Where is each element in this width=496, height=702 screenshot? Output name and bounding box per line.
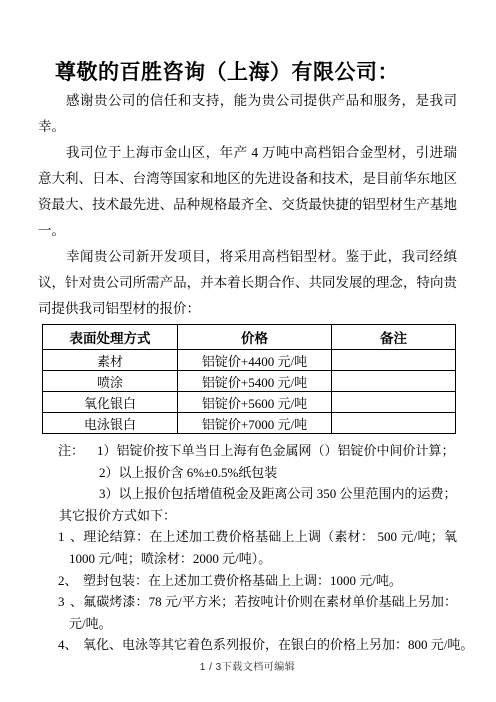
paragraph-line: 幸闻贵公司新开发项目，将采用高档铝型材。鉴于此，我司经缜密商 xyxy=(38,244,457,270)
paragraph-line: 议，针对贵公司所需产品，并本着长期合作、共同发展的理念，特向贵公 xyxy=(38,270,457,296)
cell-note xyxy=(332,371,456,392)
paragraph-line: 感谢贵公司的信任和支持，能为贵公司提供产品和服务，是我司的荣 xyxy=(38,88,457,114)
page-title: 尊敬的百胜咨询（上海）有限公司： xyxy=(55,58,457,88)
notes-section: 注：1）铝锭价按下单当日上海有色金属网（）铝锭价中间价计算； 2）以上报价含 6… xyxy=(38,440,457,656)
table-row: 素材 铝锭价+4400 元/吨 xyxy=(43,350,456,371)
list-text: 理论结算：在上述加工费价格基础上上调（素材： 500 元/吨；氧化材： xyxy=(58,529,457,548)
list-item-line: 4、氧化、电泳等其它着色系列报价，在银白的价格上另加：800 元/吨。 xyxy=(38,634,457,656)
column-header-method: 表面处理方式 xyxy=(43,325,178,350)
column-header-note: 备注 xyxy=(332,325,456,350)
cell-method: 素材 xyxy=(43,350,178,371)
cell-method: 氧化银白 xyxy=(43,392,178,413)
paragraph-line: 幸。 xyxy=(38,114,457,140)
column-header-price: 价格 xyxy=(177,325,331,350)
table-row: 电泳银白 铝锭价+7000 元/吨 xyxy=(43,413,456,434)
cell-price: 铝锭价+4400 元/吨 xyxy=(177,350,331,371)
paragraph-line: 一。 xyxy=(38,218,457,244)
note-line: 注：1）铝锭价按下单当日上海有色金属网（）铝锭价中间价计算； xyxy=(38,440,457,462)
cell-note xyxy=(332,350,456,371)
list-item-line: 3、氟碳烤漆：78 元/平方米；若按吨计价则在素材单价基础上另加：9500 xyxy=(38,591,457,613)
list-marker: 3、 xyxy=(58,591,83,613)
list-item-line: 2、塑封包装：在上述加工费价格基础上上调：1000 元/吨。 xyxy=(38,570,457,592)
list-text: 氧化、电泳等其它着色系列报价，在银白的价格上另加：800 元/吨。 xyxy=(83,637,473,652)
note-text: 1）铝锭价按下单当日上海有色金属网（）铝锭价中间价计算； xyxy=(97,443,455,458)
paragraph-line: 意大利、日本、台湾等国家和地区的先进设备和技术，是目前华东地区投 xyxy=(38,166,457,192)
document-page: 尊敬的百胜咨询（上海）有限公司： 感谢贵公司的信任和支持，能为贵公司提供产品和服… xyxy=(0,0,496,702)
note-line: 2）以上报价含 6%±0.5%纸包装 xyxy=(38,462,457,484)
paragraph-line: 资最大、技术最先进、品种规格最齐全、交货最快捷的铝型材生产基地之 xyxy=(38,192,457,218)
table-row: 喷涂 铝锭价+5400 元/吨 xyxy=(43,371,456,392)
cell-note xyxy=(332,392,456,413)
list-item-line: 元/吨。 xyxy=(38,613,457,635)
list-text: 塑封包装：在上述加工费价格基础上上调：1000 元/吨。 xyxy=(83,573,402,588)
cell-method: 电泳银白 xyxy=(43,413,178,434)
price-table: 表面处理方式 价格 备注 素材 铝锭价+4400 元/吨 喷涂 铝锭价+5400… xyxy=(42,324,456,434)
cell-price: 铝锭价+5400 元/吨 xyxy=(177,371,331,392)
list-item-line: 1000 元/吨；喷涂材：2000 元/吨）。 xyxy=(38,548,457,570)
cell-note xyxy=(332,413,456,434)
paragraph-line: 我司位于上海市金山区，年产 4 万吨中高档铝合金型材，引进瑞士、 xyxy=(38,140,457,166)
page-footer: 1 / 3下载文档可编辑 xyxy=(38,658,457,673)
list-marker: 4、 xyxy=(58,634,83,656)
note-line: 3）以上报价包括增值税金及距离公司 350 公里范围内的运费； xyxy=(38,483,457,505)
letter-body: 感谢贵公司的信任和支持，能为贵公司提供产品和服务，是我司的荣 幸。 我司位于上海… xyxy=(38,88,457,322)
list-text: 氟碳烤漆：78 元/平方米；若按吨计价则在素材单价基础上另加：9500 xyxy=(58,594,457,613)
notes-label: 注： xyxy=(58,440,97,462)
list-marker: 2、 xyxy=(58,570,83,592)
list-item-line: 1、理论结算：在上述加工费价格基础上上调（素材： 500 元/吨；氧化材： xyxy=(38,526,457,548)
table-header-row: 表面处理方式 价格 备注 xyxy=(43,325,456,350)
paragraph-line: 司提供我司铝型材的报价： xyxy=(38,296,457,322)
list-marker: 1、 xyxy=(58,526,83,548)
cell-price: 铝锭价+5600 元/吨 xyxy=(177,392,331,413)
table-row: 氧化银白 铝锭价+5600 元/吨 xyxy=(43,392,456,413)
other-pricing-heading: 其它报价方式如下： xyxy=(38,505,457,527)
cell-method: 喷涂 xyxy=(43,371,178,392)
cell-price: 铝锭价+7000 元/吨 xyxy=(177,413,331,434)
